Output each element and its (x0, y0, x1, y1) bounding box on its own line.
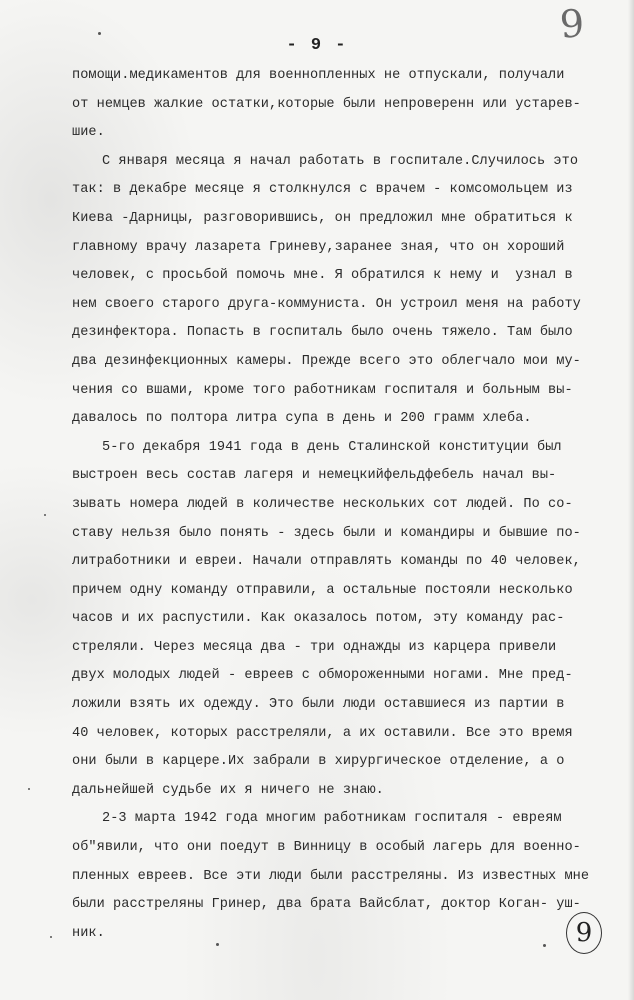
text-line: дезинфектора. Попасть в госпиталь было о… (72, 319, 617, 348)
text-line: часов и их распустили. Как оказалось пот… (72, 605, 617, 634)
text-line: об"явили, что они поедут в Винницу в осо… (72, 834, 617, 863)
circled-page-number-bottom: 9 (566, 912, 602, 954)
scan-speck (216, 943, 219, 946)
text-line: давалось по полтора литра супа в день и … (72, 405, 617, 434)
text-line: пленных евреев. Все эти люди были расстр… (72, 863, 617, 892)
text-line: два дезинфекционных камеры. Прежде всего… (72, 348, 617, 377)
text-line: ник. (72, 920, 617, 949)
text-line: 40 человек, которых расстреляли, а их ос… (72, 720, 617, 749)
text-line: чения со вшами, кроме того работникам го… (72, 377, 617, 406)
text-line: человек, с просьбой помочь мне. Я обрати… (72, 262, 617, 291)
text-line: шие. (72, 119, 617, 148)
document-page: 9 - 9 - помощи.медикаментов для военнопл… (0, 0, 634, 1000)
text-line: помощи.медикаментов для военнопленных не… (72, 62, 617, 91)
scan-speck (44, 514, 46, 516)
text-line: 2-3 марта 1942 года многим работникам го… (72, 805, 617, 834)
scan-speck (50, 936, 52, 938)
text-line: нем своего старого друга-коммуниста. Он … (72, 291, 617, 320)
text-line: были расстреляны Гринер, два брата Вайсб… (72, 891, 617, 920)
scan-speck (543, 944, 546, 947)
text-line: ставу нельзя было понять - здесь были и … (72, 520, 617, 549)
text-line: ложили взять их одежду. Это были люди ос… (72, 691, 617, 720)
text-line: они были в карцере.Их забрали в хирургич… (72, 748, 617, 777)
scan-speck (98, 32, 101, 35)
text-line: 5-го декабря 1941 года в день Сталинской… (72, 434, 617, 463)
scan-speck (28, 788, 30, 790)
text-line: от немцев жалкие остатки,которые были не… (72, 91, 617, 120)
text-line: стреляли. Через месяца два - три однажды… (72, 634, 617, 663)
text-line: дальнейшей судьбе их я ничего не знаю. (72, 777, 617, 806)
text-line: двух молодых людей - евреев с обмороженн… (72, 662, 617, 691)
typed-body-text: помощи.медикаментов для военнопленных не… (72, 62, 617, 948)
text-line: главному врачу лазарета Гриневу,заранее … (72, 234, 617, 263)
page-edge-shadow (628, 0, 634, 1000)
text-line: Киева -Дарницы, разговорившись, он предл… (72, 205, 617, 234)
text-line: так: в декабре месяце я столкнулся с вра… (72, 176, 617, 205)
text-line: зывать номера людей в количестве несколь… (72, 491, 617, 520)
typed-page-number: - 9 - (0, 36, 634, 55)
text-line: С января месяца я начал работать в госпи… (72, 148, 617, 177)
text-line: выстроен весь состав лагеря и немецкийфе… (72, 462, 617, 491)
text-line: литработники и евреи. Начали отправлять … (72, 548, 617, 577)
text-line: причем одну команду отправили, а остальн… (72, 577, 617, 606)
